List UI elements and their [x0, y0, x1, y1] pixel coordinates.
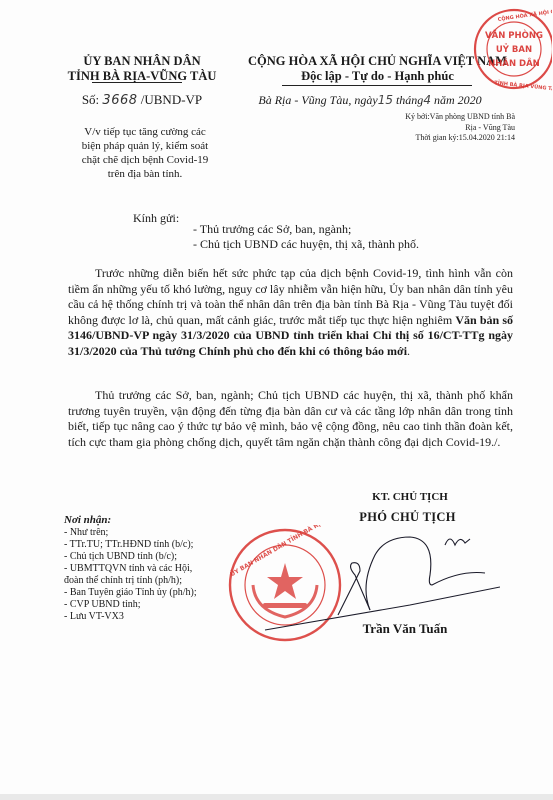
body-paragraph-2: Thủ trưởng các Sở, ban, ngành; Chủ tịch … — [68, 388, 513, 450]
date-month-handwritten: 4 — [423, 93, 431, 107]
national-motto: Độc lập - Tự do - Hạnh phúc — [260, 69, 495, 84]
stamp-bottom-text: TỈNH BÀ RỊA VŨNG TÀU — [494, 78, 552, 93]
motto-underline — [282, 85, 472, 86]
document-subject: V/v tiếp tục tăng cường các biện pháp qu… — [70, 125, 220, 181]
addressee-label: Kính gửi: — [133, 211, 179, 226]
document-number: Số: 3668 /UBND-VP — [62, 92, 222, 109]
digital-signature-info: Ký bởi:Văn phòng UBND tỉnh Bà Rịa - Vũng… — [385, 112, 515, 144]
doc-number-handwritten: 3668 — [102, 93, 137, 108]
date-day-handwritten: 15 — [378, 93, 393, 107]
signer-position: PHÓ CHỦ TỊCH — [335, 510, 480, 525]
org-underline — [92, 82, 182, 83]
org-line-1: ỦY BAN NHÂN DÂN — [62, 54, 222, 69]
addressee-item: - Chủ tịch UBND các huyện, thị xã, thành… — [193, 237, 419, 252]
stamp-line-1: VĂN PHÒNG — [485, 29, 543, 41]
handwritten-signature — [260, 525, 500, 635]
signer-name: Trần Văn Tuấn — [345, 621, 465, 637]
issuing-organization: ỦY BAN NHÂN DÂN TỈNH BÀ RỊA-VŨNG TÀU — [62, 54, 222, 84]
office-seal-stamp: VĂN PHÒNG UỶ BAN NHÂN DÂN CỘNG HÒA XÃ HỘ… — [472, 2, 552, 102]
addressee-list: - Thủ trưởng các Sở, ban, ngành; - Chủ t… — [193, 222, 419, 252]
stamp-line-2: UỶ BAN — [496, 43, 532, 55]
on-behalf-label: KT. CHỦ TỊCH — [345, 490, 475, 504]
document-page: ỦY BAN NHÂN DÂN TỈNH BÀ RỊA-VŨNG TÀU Số:… — [0, 0, 553, 800]
stamp-ring-text: CỘNG HÒA XÃ HỘI CHỦ NGHĨA VIỆT NAM — [497, 2, 552, 23]
date-place: Bà Rịa - Vũng Tàu, ngày15 tháng4 năm 202… — [245, 92, 495, 108]
body-paragraph-1: Trước những diễn biến hết sức phức tạp c… — [68, 266, 513, 360]
addressee-item: - Thủ trưởng các Sở, ban, ngành; — [193, 222, 419, 237]
page-bottom-edge — [0, 794, 553, 800]
stamp-line-3: NHÂN DÂN — [488, 57, 540, 69]
